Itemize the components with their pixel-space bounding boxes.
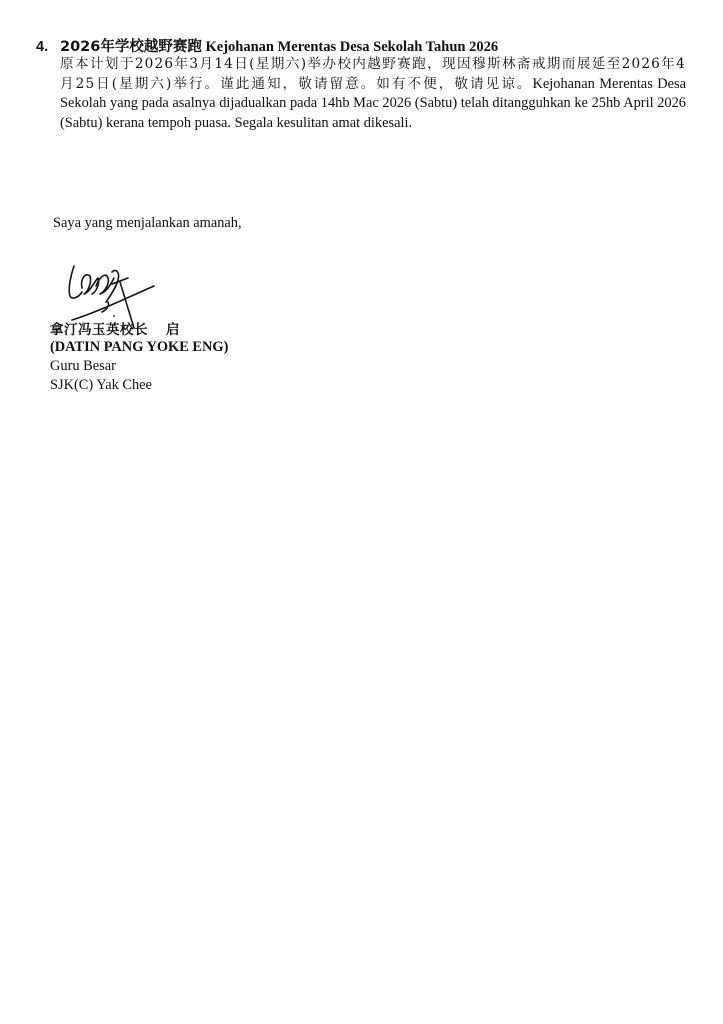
signer-name-zh: 拿汀冯玉英校长启 [50, 318, 180, 338]
section-heading: 4.2026年学校越野赛跑 Kejohanan Merentas Desa Se… [36, 35, 498, 56]
document-page: 4.2026年学校越野赛跑 Kejohanan Merentas Desa Se… [0, 0, 723, 1024]
section-title-ms: Kejohanan Merentas Desa Sekolah Tahun 20… [205, 39, 498, 55]
signer-school: SJK(C) Yak Chee [50, 377, 152, 394]
section-title-zh: 2026年学校越野赛跑 [60, 39, 202, 55]
signer-name: (DATIN PANG YOKE ENG) [50, 339, 228, 356]
notice-paragraph: 原本计划于2026年3月14日(星期六)举办校内越野赛跑，现因穆斯林斋戒期而展延… [60, 55, 686, 133]
closing-line: Saya yang menjalankan amanah, [53, 215, 242, 232]
section-number: 4. [36, 39, 60, 55]
signer-title: Guru Besar [50, 358, 116, 375]
